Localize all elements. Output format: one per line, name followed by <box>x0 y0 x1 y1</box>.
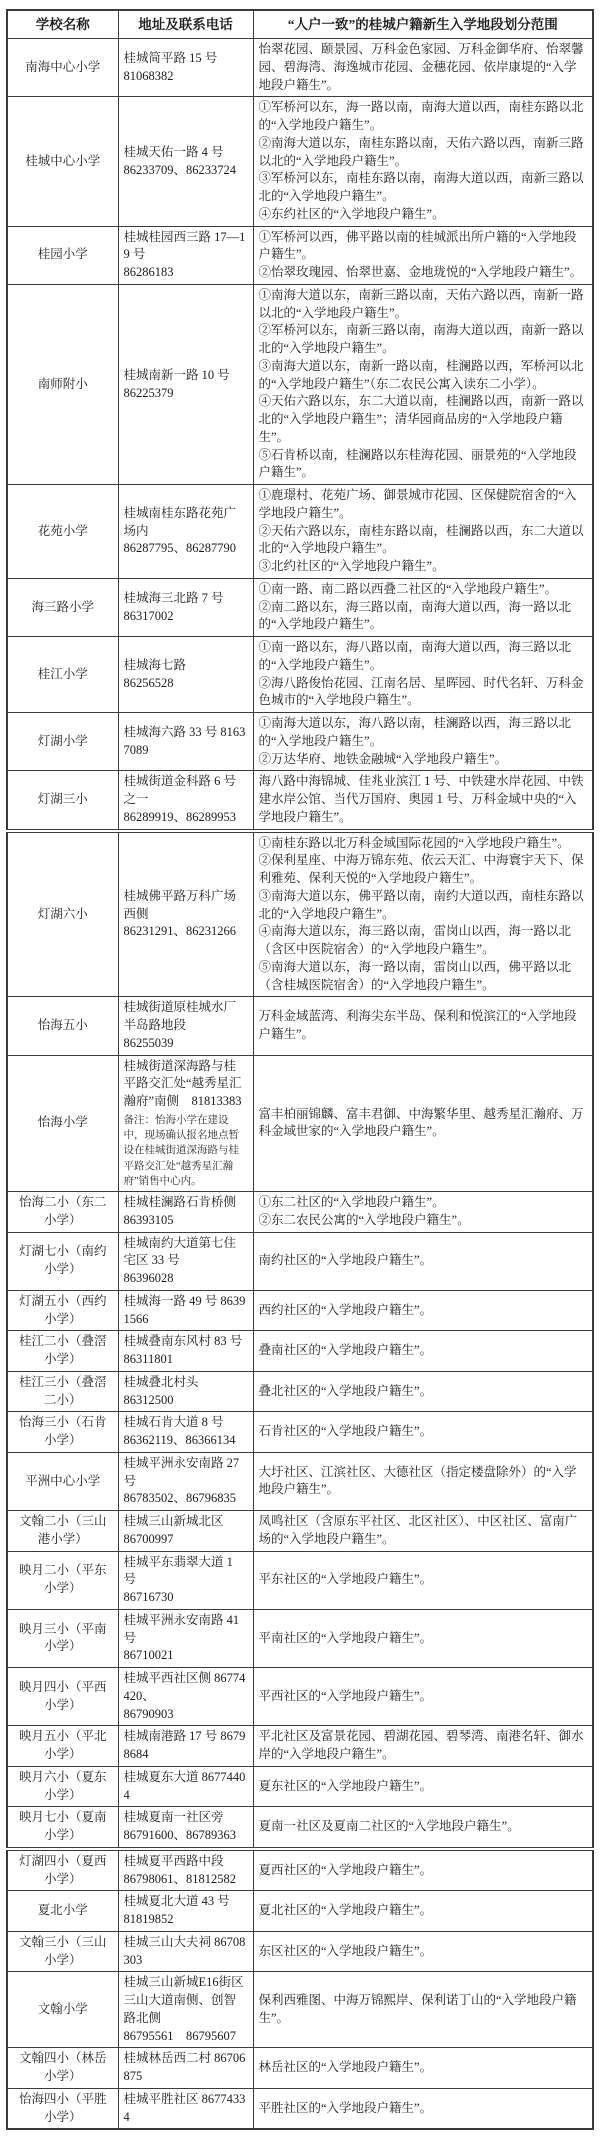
school-name-cell: 文翰四小（林岳小学） <box>7 2048 118 2089</box>
address-phone-cell: 桂城夏南一社区旁86791600、86789363 <box>118 1807 253 1849</box>
address-line: 86362119、86366134 <box>124 1432 248 1450</box>
district-range-cell: 南约社区的“入学地段户籍生”。 <box>253 1232 593 1290</box>
address-phone-cell: 桂城佛平路万科广场西侧86231291、86231266 <box>118 831 253 997</box>
address-line: 81068382 <box>124 68 248 86</box>
district-range-line: 南约社区的“入学地段户籍生”。 <box>259 1252 588 1270</box>
school-name-cell: 灯湖七小（南约小学） <box>7 1232 118 1290</box>
table-row: 海三路小学桂城海三北路 7 号86317002①南一路、南二路以西叠二社区的“入… <box>7 578 593 636</box>
district-range-line: ④天佑六路以东，东二大道以南，桂澜路以西，南新一路以北的“入学地段户籍生”；清华… <box>259 393 588 446</box>
address-line: 桂城叠北村头 <box>124 1374 248 1392</box>
district-range-line: ①东二社区的“入学地段户籍生”。 <box>259 1194 588 1212</box>
school-name-cell: 南海中心小学 <box>7 39 118 97</box>
address-line: 桂城三山新城北区 <box>124 1513 248 1531</box>
district-range-cell: 夏西社区的“入学地段户籍生”。 <box>253 1849 593 1891</box>
school-name-cell: 南师附小 <box>7 284 118 484</box>
address-line: 86700997 <box>124 1531 248 1549</box>
school-name-cell: 平洲中心小学 <box>7 1452 118 1510</box>
school-name-cell: 夏北小学 <box>7 1891 118 1932</box>
district-range-line: 怡翠花园、颐景园、万科金色家园、万科金御华府、怡翠馨园、碧海湾、海逸城市花园、金… <box>259 41 588 94</box>
table-row: 怡海三小（石肯小学）桂城石肯大道 8 号86362119、86366134石肯社… <box>7 1412 593 1453</box>
table-row: 灯湖六小桂城佛平路万科广场西侧86231291、86231266①南桂东路以北万… <box>7 831 593 997</box>
address-line: 桂城平西社区侧 86774420、 <box>124 1670 248 1706</box>
district-range-cell: ①军桥河以东，海一路以南，南海大道以西，南桂东路以北的“入学地段户籍生”。②南海… <box>253 97 593 226</box>
address-phone-cell: 桂城夏北大道 43 号81819852 <box>118 1891 253 1932</box>
table-row: 文翰三小（三山小学）桂城三山大夫祠 86708303东区社区的“入学地段户籍生”… <box>7 1931 593 1972</box>
district-range-line: ⑤石肯桥以南，桂澜路以东桂海花园、丽景苑的“入学地段户籍生”。 <box>259 447 588 483</box>
table-row: 文翰四小（林岳小学）桂城林岳西二村 86706875林岳社区的“入学地段户籍生”… <box>7 2048 593 2089</box>
address-phone-cell: 桂城南港路 17 号 86798684 <box>118 1726 253 1767</box>
address-phone-cell: 桂城街道原桂城水厂半岛路地段86255039 <box>118 997 253 1055</box>
address-phone-cell: 桂城三山大夫祠 86708303 <box>118 1931 253 1972</box>
table-row: 桂江二小（叠滘小学）桂城叠南东风村 83 号86311801叠南社区的“入学地段… <box>7 1331 593 1372</box>
school-name-cell: 映月四小（平西小学） <box>7 1668 118 1726</box>
district-range-line: 叠北社区的“入学地段户籍生”。 <box>259 1383 588 1401</box>
address-phone-cell: 桂城海一路 49 号 86391566 <box>118 1290 253 1331</box>
school-name-cell: 灯湖三小 <box>7 771 118 831</box>
school-name-cell: 海三路小学 <box>7 578 118 636</box>
table-row: 平洲中心小学桂城平洲永安南路 27 号86783502、86796835大圩社区… <box>7 1452 593 1510</box>
table-row: 桂城中心小学桂城天佑一路 4 号86233709、86233724①军桥河以东，… <box>7 97 593 226</box>
district-range-line: ⑤南海大道以东，海一路以南，雷岗山以西，佛平路以北（含桂城医院宿舍）的“入学地段… <box>259 959 588 995</box>
address-phone-cell: 桂城叠南东风村 83 号86311801 <box>118 1331 253 1372</box>
address-note: 备注：怡海小学在建设中，现场确认报名地点暂设在桂城街道深海路与桂平路交汇处“越秀… <box>124 1113 248 1189</box>
district-range-cell: 叠北社区的“入学地段户籍生”。 <box>253 1371 593 1412</box>
district-range-cell: ①南一路以东，海八路以南，南海大道以西，海三路以北的“入学地段户籍生”。②海八路… <box>253 637 593 713</box>
district-range-line: 平东社区的“入学地段户籍生”。 <box>259 1571 588 1589</box>
district-range-line: 万科金域蓝湾、利海尖东半岛、保利和悦滨江的“入学地段户籍生”。 <box>259 1008 588 1044</box>
district-range-line: 平北社区及富景花园、碧湖花园、碧琴湾、南港名轩、御水岸的“入学地段户籍生”。 <box>259 1728 588 1764</box>
table-row: 桂江三小（叠滘二小）桂城叠北村头86312500叠北社区的“入学地段户籍生”。 <box>7 1371 593 1412</box>
district-range-line: ①鹿璟村、花苑广场、御景城市花园、区保健院宿舍的“入学地段户籍生”。 <box>259 487 588 523</box>
table-row: 灯湖四小（夏西小学）桂城夏平西路中段86798061、81812582夏西社区的… <box>7 1849 593 1891</box>
district-range-line: 夏西社区的“入学地段户籍生”。 <box>259 1862 588 1880</box>
address-line: 桂城海六路 33 号 81637089 <box>124 724 248 760</box>
district-range-line: 叠南社区的“入学地段户籍生”。 <box>259 1342 588 1360</box>
school-name-cell: 桂江三小（叠滘二小） <box>7 1371 118 1412</box>
district-range-line: 大圩社区、江滨社区、大德社区（指定楼盘除外）的“入学地段户籍生”。 <box>259 1464 588 1500</box>
district-range-line: ③南海大道以东，佛平路以南，南约大道以西，南桂东路以北的“入学地段户籍生”。 <box>259 888 588 924</box>
district-range-line: 夏南一社区及夏南二社区的“入学地段户籍生”。 <box>259 1818 588 1836</box>
address-line: 桂城桂园西三路 17—19 号 <box>124 229 248 265</box>
address-line: 桂城石肯大道 8 号 <box>124 1414 248 1432</box>
address-line: 桂城三山新城E16街区三山大道南侧、创智路北侧 <box>124 1974 248 2027</box>
table-row: 映月七小（夏南小学）桂城夏南一社区旁86791600、86789363夏南一社区… <box>7 1807 593 1849</box>
district-range-line: ①南海大道以东，海八路以南，桂澜路以西，海三路以北的“入学地段户籍生”。 <box>259 715 588 751</box>
district-range-line: ②军桥河以东，南新三路以南，南海大道以西，南新一路以北的“入学地段户籍生”。 <box>259 322 588 358</box>
address-line: 桂城平东翡翠大道 1 号 <box>124 1554 248 1590</box>
district-range-cell: 凤鸣社区（含原东平社区、北区社区）、中区社区、富南广场的“入学地段户籍生”。 <box>253 1511 593 1552</box>
address-line: 桂城夏平西路中段 <box>124 1853 248 1871</box>
table-row: 文翰二小（三山港小学）桂城三山新城北区86700997凤鸣社区（含原东平社区、北… <box>7 1511 593 1552</box>
address-phone-cell: 桂城夏平西路中段86798061、81812582 <box>118 1849 253 1891</box>
address-line: 桂城南桂东路花苑广场内 <box>124 505 248 541</box>
district-range-line: ③军桥河以东，南桂东路以南，南海大道以西，南新三路以北的“入学地段户籍生”。 <box>259 170 588 206</box>
address-line: 86396028 <box>124 1270 248 1288</box>
table-row: 文翰小学桂城三山新城E16街区三山大道南侧、创智路北侧86795561 8679… <box>7 1972 593 2048</box>
district-range-cell: ①南海大道以东，南新三路以南，天佑六路以西，南新一路以北的“入学地段户籍生”。②… <box>253 284 593 484</box>
district-range-line: ①南海大道以东，南新三路以南，天佑六路以西，南新一路以北的“入学地段户籍生”。 <box>259 287 588 323</box>
district-range-line: ①军桥河以东，海一路以南，南海大道以西，南桂东路以北的“入学地段户籍生”。 <box>259 99 588 135</box>
district-range-line: 夏北社区的“入学地段户籍生”。 <box>259 1902 588 1920</box>
address-line: 桂城平洲永安南路 27 号 <box>124 1455 248 1491</box>
address-line: 86716730 <box>124 1589 248 1607</box>
school-name-cell: 映月二小（平东小学） <box>7 1551 118 1609</box>
district-range-line: 平西社区的“入学地段户籍生”。 <box>259 1688 588 1706</box>
district-range-line: ②东二农民公寓的“入学地段户籍生”。 <box>259 1212 588 1230</box>
district-range-cell: 平西社区的“入学地段户籍生”。 <box>253 1668 593 1726</box>
district-range-cell: 平北社区及富景花园、碧湖花园、碧琴湾、南港名轩、御水岸的“入学地段户籍生”。 <box>253 1726 593 1767</box>
address-line: 桂城平胜社区 86774334 <box>124 2091 248 2127</box>
address-line: 桂城海七路 <box>124 657 248 675</box>
address-phone-cell: 桂城海六路 33 号 81637089 <box>118 713 253 771</box>
address-line: 86255039 <box>124 1035 248 1053</box>
school-name-cell: 怡海三小（石肯小学） <box>7 1412 118 1453</box>
district-range-line: 林岳社区的“入学地段户籍生”。 <box>259 2059 588 2077</box>
address-line: 86710021 <box>124 1647 248 1665</box>
district-range-line: ①南一路以东，海八路以南，南海大道以西，海三路以北的“入学地段户籍生”。 <box>259 639 588 675</box>
address-line: 86287795、86287790 <box>124 540 248 558</box>
school-name-cell: 映月七小（夏南小学） <box>7 1807 118 1849</box>
district-range-cell: 林岳社区的“入学地段户籍生”。 <box>253 2048 593 2089</box>
address-line: 桂城街道金科路 6 号之一 <box>124 773 248 809</box>
address-line: 桂城佛平路万科广场西侧 <box>124 888 248 924</box>
header-address-phone: 地址及联系电话 <box>118 10 253 39</box>
address-line: 86791600、86789363 <box>124 1827 248 1845</box>
district-range-cell: 富丰柏丽锦麟、富丰君御、中海繁华里、越秀星汇瀚府、万科金域世家的“入学地段户籍生… <box>253 1055 593 1191</box>
district-range-cell: 西约社区的“入学地段户籍生”。 <box>253 1290 593 1331</box>
table-row: 桂园小学桂城桂园西三路 17—19 号86286183①军桥河以西，佛平路以南的… <box>7 226 593 284</box>
district-range-line: ④南海大道以东，海三路以南，雷岗山以西，海一路以北（含区中医院宿舍）的“入学地段… <box>259 923 588 959</box>
school-name-cell: 桂城中心小学 <box>7 97 118 226</box>
district-range-cell: ①鹿璟村、花苑广场、御景城市花园、区保健院宿舍的“入学地段户籍生”。②天佑六路以… <box>253 485 593 579</box>
address-line: 86393105 <box>124 1212 248 1230</box>
address-phone-cell: 桂城平西社区侧 86774420、86790903 <box>118 1668 253 1726</box>
school-name-cell: 怡海小学 <box>7 1055 118 1191</box>
district-range-line: 保利西雅图、中海万锦熙岸、保利诺丁山的“入学地段户籍生”。 <box>259 1992 588 2028</box>
address-phone-cell: 桂城南新一路 10 号86225379 <box>118 284 253 484</box>
table-row: 花苑小学桂城南桂东路花苑广场内86287795、86287790①鹿璟村、花苑广… <box>7 485 593 579</box>
address-line: 桂城海三北路 7 号 <box>124 590 248 608</box>
table-row: 映月二小（平东小学）桂城平东翡翠大道 1 号86716730平东社区的“入学地段… <box>7 1551 593 1609</box>
address-phone-cell: 桂城简平路 15 号81068382 <box>118 39 253 97</box>
school-name-cell: 花苑小学 <box>7 485 118 579</box>
header-row: 学校名称 地址及联系电话 “人户一致”的桂城户籍新生入学地段划分范围 <box>7 10 593 39</box>
address-line: 81819852 <box>124 1911 248 1929</box>
table-row: 灯湖三小桂城街道金科路 6 号之一86289919、86289953海八路中海锦… <box>7 771 593 831</box>
address-line: 桂城天佑一路 4 号 <box>124 144 248 162</box>
school-name-cell: 文翰二小（三山港小学） <box>7 1511 118 1552</box>
address-line: 86798061、81812582 <box>124 1871 248 1889</box>
address-line: 86225379 <box>124 385 248 403</box>
address-line: 桂城桂澜路石肯桥侧 <box>124 1194 248 1212</box>
address-line: 桂城南新一路 10 号 <box>124 367 248 385</box>
address-line: 86783502、86796835 <box>124 1490 248 1508</box>
address-line: 桂城街道深海路与桂平路交汇处“越秀星汇瀚府”南侧 81813383 <box>124 1058 248 1111</box>
school-name-cell: 桂园小学 <box>7 226 118 284</box>
table-row: 映月六小（夏东小学）桂城夏东大道 86774404夏东社区的“入学地段户籍生”。 <box>7 1766 593 1807</box>
address-phone-cell: 桂城南约大道第七住宅区 33 号86396028 <box>118 1232 253 1290</box>
address-phone-cell: 桂城三山新城北区86700997 <box>118 1511 253 1552</box>
district-range-cell: 怡翠花园、颐景园、万科金色家园、万科金御华府、怡翠馨园、碧海湾、海逸城市花园、金… <box>253 39 593 97</box>
district-range-line: 西约社区的“入学地段户籍生”。 <box>259 1302 588 1320</box>
school-name-cell: 映月三小（平南小学） <box>7 1609 118 1667</box>
address-phone-cell: 桂城林岳西二村 86706875 <box>118 2048 253 2089</box>
district-range-line: 凤鸣社区（含原东平社区、北区社区）、中区社区、富南广场的“入学地段户籍生”。 <box>259 1513 588 1549</box>
address-line: 86312500 <box>124 1392 248 1410</box>
school-name-cell: 灯湖五小（西约小学） <box>7 1290 118 1331</box>
address-line: 桂城叠南东风村 83 号 <box>124 1333 248 1351</box>
address-phone-cell: 桂城三山新城E16街区三山大道南侧、创智路北侧86795561 86795607 <box>118 1972 253 2048</box>
address-line: 桂城夏东大道 86774404 <box>124 1769 248 1805</box>
address-line: 桂城林岳西二村 86706875 <box>124 2050 248 2086</box>
school-name-cell: 文翰小学 <box>7 1972 118 2048</box>
district-range-line: 海八路中海锦城、佳兆业滨江 1 号、中铁建水岸花园、中铁建水岸公馆、当代万国府、… <box>259 773 588 826</box>
table-row: 南师附小桂城南新一路 10 号86225379①南海大道以东，南新三路以南，天佑… <box>7 284 593 484</box>
school-district-table: 学校名称 地址及联系电话 “人户一致”的桂城户籍新生入学地段划分范围 南海中心小… <box>6 9 594 2130</box>
address-line: 86795561 86795607 <box>124 2028 248 2046</box>
header-district-range: “人户一致”的桂城户籍新生入学地段划分范围 <box>253 10 593 39</box>
district-range-line: ④东约社区的“入学地段户籍生”。 <box>259 206 588 224</box>
district-range-line: ③北约社区的“入学地段户籍生”。 <box>259 558 588 576</box>
table-row: 灯湖七小（南约小学）桂城南约大道第七住宅区 33 号86396028南约社区的“… <box>7 1232 593 1290</box>
address-line: 桂城三山大夫祠 86708303 <box>124 1934 248 1970</box>
address-phone-cell: 桂城海七路86256528 <box>118 637 253 713</box>
table-row: 灯湖五小（西约小学）桂城海一路 49 号 86391566西约社区的“入学地段户… <box>7 1290 593 1331</box>
district-range-line: ③南海大道以东，南新一路以南，桂澜路以西，军桥河以北的“入学地段户籍生”（东二农… <box>259 358 588 394</box>
address-line: 桂城海一路 49 号 86391566 <box>124 1293 248 1329</box>
table-row: 映月四小（平西小学）桂城平西社区侧 86774420、86790903平西社区的… <box>7 1668 593 1726</box>
table-row: 桂江小学桂城海七路86256528①南一路以东，海八路以南，南海大道以西，海三路… <box>7 637 593 713</box>
district-range-line: ②南二路以东，海三路以南，南海大道以西，海一路以北的“入学地段户籍生”。 <box>259 599 588 635</box>
table-row: 灯湖小学桂城海六路 33 号 81637089①南海大道以东，海八路以南，桂澜路… <box>7 713 593 771</box>
address-phone-cell: 桂城平洲永安南路 41 号86710021 <box>118 1609 253 1667</box>
district-range-line: 石肯社区的“入学地段户籍生”。 <box>259 1423 588 1441</box>
address-phone-cell: 桂城平东翡翠大道 1 号86716730 <box>118 1551 253 1609</box>
address-line: 86231291、86231266 <box>124 923 248 941</box>
school-name-cell: 映月五小（平北小学） <box>7 1726 118 1767</box>
table-row: 映月五小（平北小学）桂城南港路 17 号 86798684平北社区及富景花园、碧… <box>7 1726 593 1767</box>
district-range-cell: ①南海大道以东，海八路以南，桂澜路以西，海三路以北的“入学地段户籍生”。②万达华… <box>253 713 593 771</box>
district-range-cell: 东区社区的“入学地段户籍生”。 <box>253 1931 593 1972</box>
district-range-line: 平南社区的“入学地段户籍生”。 <box>259 1630 588 1648</box>
district-range-cell: ①南一路、南二路以西叠二社区的“入学地段户籍生”。②南二路以东，海三路以南，南海… <box>253 578 593 636</box>
district-range-line: 富丰柏丽锦麟、富丰君御、中海繁华里、越秀星汇瀚府、万科金域世家的“入学地段户籍生… <box>259 1106 588 1142</box>
district-range-cell: 保利西雅图、中海万锦熙岸、保利诺丁山的“入学地段户籍生”。 <box>253 1972 593 2048</box>
district-range-line: ①南桂东路以北万科金域国际花园的“入学地段户籍生”。 <box>259 835 588 853</box>
school-name-cell: 灯湖六小 <box>7 831 118 997</box>
district-range-line: ①军桥河以西，佛平路以南的桂城派出所户籍的“入学地段户籍生”。 <box>259 229 588 265</box>
address-line: 桂城南港路 17 号 86798684 <box>124 1728 248 1764</box>
address-line: 桂城南约大道第七住宅区 33 号 <box>124 1235 248 1271</box>
school-table-body: 南海中心小学桂城简平路 15 号81068382怡翠花园、颐景园、万科金色家园、… <box>7 39 593 2130</box>
table-row: 南海中心小学桂城简平路 15 号81068382怡翠花园、颐景园、万科金色家园、… <box>7 39 593 97</box>
district-range-line: 东区社区的“入学地段户籍生”。 <box>259 1943 588 1961</box>
table-row: 怡海二小（东二小学）桂城桂澜路石肯桥侧86393105①东二社区的“入学地段户籍… <box>7 1192 593 1233</box>
district-range-cell: 石肯社区的“入学地段户籍生”。 <box>253 1412 593 1453</box>
district-range-line: ①南一路、南二路以西叠二社区的“入学地段户籍生”。 <box>259 581 588 599</box>
school-name-cell: 桂江二小（叠滘小学） <box>7 1331 118 1372</box>
district-range-cell: ①南桂东路以北万科金域国际花园的“入学地段户籍生”。②保利星座、中海万锦东苑、依… <box>253 831 593 997</box>
district-range-cell: ①东二社区的“入学地段户籍生”。②东二农民公寓的“入学地段户籍生”。 <box>253 1192 593 1233</box>
address-line: 桂城夏南一社区旁 <box>124 1809 248 1827</box>
address-line: 86286183 <box>124 264 248 282</box>
district-range-cell: 平胜社区的“入学地段户籍生”。 <box>253 2088 593 2129</box>
address-line: 86790903 <box>124 1706 248 1724</box>
school-name-cell: 桂江小学 <box>7 637 118 713</box>
school-name-cell: 映月六小（夏东小学） <box>7 1766 118 1807</box>
address-phone-cell: 桂城叠北村头86312500 <box>118 1371 253 1412</box>
address-phone-cell: 桂城桂澜路石肯桥侧86393105 <box>118 1192 253 1233</box>
address-phone-cell: 桂城平胜社区 86774334 <box>118 2088 253 2129</box>
table-row: 怡海五小桂城街道原桂城水厂半岛路地段86255039万科金域蓝湾、利海尖东半岛、… <box>7 997 593 1055</box>
school-name-cell: 灯湖小学 <box>7 713 118 771</box>
district-range-cell: 夏南一社区及夏南二社区的“入学地段户籍生”。 <box>253 1807 593 1849</box>
district-range-line: ②海八路俊怡花园、江南名居、星晖园、时代名轩、万科金色城市的“入学地段户籍生”。 <box>259 675 588 711</box>
district-range-line: ②保利星座、中海万锦东苑、依云天汇、中海寰宇天下、保利雅苑、保利天悦的“入学地段… <box>259 852 588 888</box>
district-range-line: ②怡翠玫瑰园、怡翠世嘉、金地珑悦的“入学地段户籍生”。 <box>259 264 588 282</box>
address-line: 86233709、86233724 <box>124 162 248 180</box>
school-name-cell: 灯湖四小（夏西小学） <box>7 1849 118 1891</box>
district-range-cell: 万科金域蓝湾、利海尖东半岛、保利和悦滨江的“入学地段户籍生”。 <box>253 997 593 1055</box>
address-phone-cell: 桂城街道深海路与桂平路交汇处“越秀星汇瀚府”南侧 81813383备注：怡海小学… <box>118 1055 253 1191</box>
header-school-name: 学校名称 <box>7 10 118 39</box>
table-row: 怡海小学桂城街道深海路与桂平路交汇处“越秀星汇瀚府”南侧 81813383备注：… <box>7 1055 593 1191</box>
school-name-cell: 文翰三小（三山小学） <box>7 1931 118 1972</box>
school-name-cell: 怡海四小（平胜小学） <box>7 2088 118 2129</box>
district-range-cell: 平南社区的“入学地段户籍生”。 <box>253 1609 593 1667</box>
table-row: 映月三小（平南小学）桂城平洲永安南路 41 号86710021平南社区的“入学地… <box>7 1609 593 1667</box>
address-line: 86317002 <box>124 608 248 626</box>
address-line: 桂城夏北大道 43 号 <box>124 1893 248 1911</box>
table-header: 学校名称 地址及联系电话 “人户一致”的桂城户籍新生入学地段划分范围 <box>7 10 593 39</box>
address-phone-cell: 桂城街道金科路 6 号之一86289919、86289953 <box>118 771 253 831</box>
school-name-cell: 怡海二小（东二小学） <box>7 1192 118 1233</box>
document-page: 学校名称 地址及联系电话 “人户一致”的桂城户籍新生入学地段划分范围 南海中心小… <box>0 0 600 2136</box>
district-range-cell: 夏东社区的“入学地段户籍生”。 <box>253 1766 593 1807</box>
address-line: 桂城简平路 15 号 <box>124 50 248 68</box>
address-line: 86311801 <box>124 1351 248 1369</box>
address-line: 桂城平洲永安南路 41 号 <box>124 1612 248 1648</box>
district-range-cell: ①军桥河以西，佛平路以南的桂城派出所户籍的“入学地段户籍生”。②怡翠玫瑰园、怡翠… <box>253 226 593 284</box>
district-range-line: ②天佑六路以东，南桂东路以南，桂澜路以西，东二大道以北的“入学地段户籍生”。 <box>259 523 588 559</box>
district-range-line: 平胜社区的“入学地段户籍生”。 <box>259 2100 588 2118</box>
district-range-cell: 大圩社区、江滨社区、大德社区（指定楼盘除外）的“入学地段户籍生”。 <box>253 1452 593 1510</box>
address-line: 86289919、86289953 <box>124 809 248 827</box>
address-phone-cell: 桂城南桂东路花苑广场内86287795、86287790 <box>118 485 253 579</box>
address-phone-cell: 桂城夏东大道 86774404 <box>118 1766 253 1807</box>
district-range-line: ②南海大道以东，南桂东路以南，天佑六路以西，南新三路以北的“入学地段户籍生”。 <box>259 135 588 171</box>
address-phone-cell: 桂城天佑一路 4 号86233709、86233724 <box>118 97 253 226</box>
address-line: 86256528 <box>124 675 248 693</box>
district-range-line: ②万达华府、地铁金融城“入学地段户籍生”。 <box>259 751 588 769</box>
district-range-cell: 夏北社区的“入学地段户籍生”。 <box>253 1891 593 1932</box>
district-range-cell: 海八路中海锦城、佳兆业滨江 1 号、中铁建水岸花园、中铁建水岸公馆、当代万国府、… <box>253 771 593 831</box>
table-row: 怡海四小（平胜小学）桂城平胜社区 86774334平胜社区的“入学地段户籍生”。 <box>7 2088 593 2129</box>
address-phone-cell: 桂城平洲永安南路 27 号86783502、86796835 <box>118 1452 253 1510</box>
address-line: 桂城街道原桂城水厂半岛路地段 <box>124 999 248 1035</box>
district-range-cell: 叠南社区的“入学地段户籍生”。 <box>253 1331 593 1372</box>
address-phone-cell: 桂城桂园西三路 17—19 号86286183 <box>118 226 253 284</box>
district-range-line: 夏东社区的“入学地段户籍生”。 <box>259 1778 588 1796</box>
table-row: 夏北小学桂城夏北大道 43 号81819852夏北社区的“入学地段户籍生”。 <box>7 1891 593 1932</box>
district-range-cell: 平东社区的“入学地段户籍生”。 <box>253 1551 593 1609</box>
address-phone-cell: 桂城石肯大道 8 号86362119、86366134 <box>118 1412 253 1453</box>
school-name-cell: 怡海五小 <box>7 997 118 1055</box>
address-phone-cell: 桂城海三北路 7 号86317002 <box>118 578 253 636</box>
